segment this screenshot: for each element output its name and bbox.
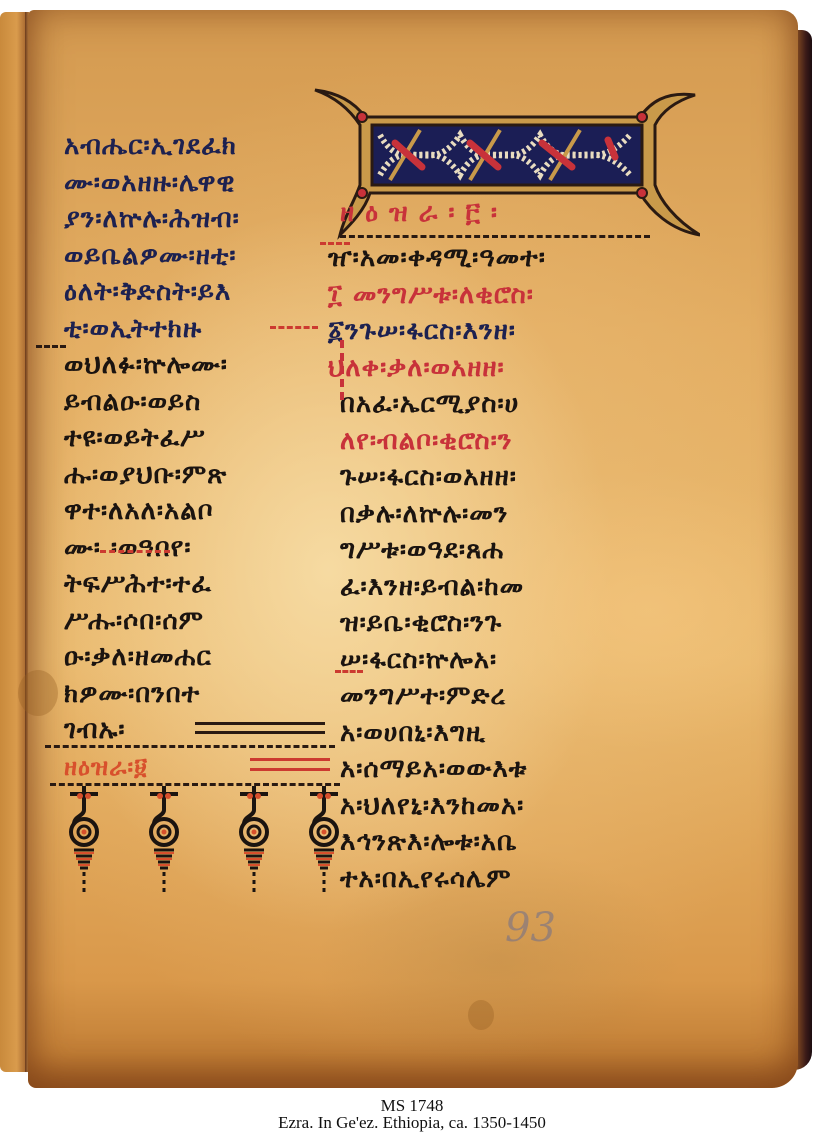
text-line: ዕለት፡ቅድስት፡ይእ <box>64 274 344 311</box>
chapter-rubric-title: ዘዕዝራ፡፫፡ <box>340 195 508 232</box>
separator-line <box>45 745 335 748</box>
text-line: አ፡ሰማይአ፡ወውእቱ <box>328 751 658 788</box>
separator-line <box>100 550 170 553</box>
text-line: በአፈ፡ኤርሚያስ፡ሀ <box>328 386 658 423</box>
text-line: በቃሉ፡ለኵሉ፡መን <box>328 496 658 533</box>
text-line: ለየ፡ብልቦ፡ቂሮስ፡ን <box>328 423 658 460</box>
marginal-cross-ornament-icon <box>60 782 340 897</box>
previous-page-edge <box>0 12 28 1072</box>
text-line: መንግሥተ፡ምድረ <box>328 678 658 715</box>
water-stain <box>18 670 58 716</box>
text-line: ፩ንጉሠ፡ፋርስ፡እንዘ፡ <box>328 313 658 350</box>
text-line: ሥሑ፡ሶበ፡ሰም <box>64 603 344 640</box>
text-line: ጉሠ፡ፋርስ፡ወአዘዘ፡ <box>328 459 658 496</box>
marginal-rule <box>340 340 344 400</box>
right-text-column: ዠ፡አመ፡ቀዳሚ፡ዓመተ፡ ፲ መንግሥቱ፡ለቂሮስ፡ ፩ንጉሠ፡ፋርስ፡እንዘ… <box>328 240 658 897</box>
text-line: ዋተ፡ለአለ፡አልቦ <box>64 493 344 530</box>
text-line: ትፍሥሕተ፡ተፈ <box>64 566 344 603</box>
text-line: ሑ፡ወያህቡ፡ምጽ <box>64 457 344 494</box>
caption: MS 1748 Ezra. In Ge'ez. Ethiopia, ca. 13… <box>0 1097 824 1131</box>
text-line: ተዩ፡ወይትፈሥ <box>64 420 344 457</box>
separator-line <box>250 758 330 761</box>
separator-line <box>340 235 650 238</box>
text-line: እኅንጽእ፡ሎቱ፡አቤ <box>328 824 658 861</box>
text-line: ወይቤልዎሙ፡ዘቲ፡ <box>64 238 344 275</box>
separator-line <box>335 670 363 673</box>
text-line: ዝ፡ይቤ፡ቂሮስ፡ንጉ <box>328 605 658 642</box>
text-line: ሠ፡ፋርስ፡ኵሎአ፡ <box>328 642 658 679</box>
text-line: ሙ፡ወአዘዙ፡ሌዋዊ <box>64 165 344 202</box>
text-line: ሙ፡ ፡ወዓበየ፡ <box>64 530 344 567</box>
rubric-heading: ዘዕዝራ፡፱ <box>64 749 344 786</box>
folio-number: 93 <box>505 905 556 951</box>
separator-line <box>270 326 318 329</box>
caption-description: Ezra. In Ge'ez. Ethiopia, ca. 1350-1450 <box>0 1114 824 1131</box>
left-text-column: አብሔር፡ኢገደፈክ ሙ፡ወአዘዙ፡ሌዋዊ ያን፡ለኵሉ፡ሕዝብ፡ ወይቤልዎሙ… <box>64 128 344 785</box>
text-line: ግሥቱ፡ወዓደ፡ጸሐ <box>328 532 658 569</box>
text-line: አ፡ህለየኒ፡እንከመአ፡ <box>328 788 658 825</box>
separator-line <box>195 731 325 734</box>
text-line: አብሔር፡ኢገደፈክ <box>64 128 344 165</box>
text-line: ፲ መንግሥቱ፡ለቂሮስ፡ <box>328 277 658 314</box>
text-line: ወህለፉ፡ኵሎሙ፡ <box>64 347 344 384</box>
shelfmark: MS 1748 <box>0 1097 824 1114</box>
separator-line <box>36 345 66 348</box>
text-line: ህለቀ፡ቃለ፡ወአዘዘ፡ <box>328 350 658 387</box>
text-line: ይብልዑ፡ወይስ <box>64 384 344 421</box>
text-line: አ፡ወሀበኒ፡እግዚ <box>328 715 658 752</box>
text-line: ዑ፡ቃለ፡ዘመሐር <box>64 639 344 676</box>
text-line: ያን፡ለኵሉ፡ሕዝብ፡ <box>64 201 344 238</box>
text-line: ተአ፡በኢየሩሳሌም <box>328 861 658 898</box>
separator-line <box>195 722 325 725</box>
text-line: ዠ፡አመ፡ቀዳሚ፡ዓመተ፡ <box>328 240 658 277</box>
separator-line <box>250 768 330 771</box>
text-line: ፈ፡እንዘ፡ይብል፡ከመ <box>328 569 658 606</box>
text-line: ክዎሙ፡በንበተ <box>64 676 344 713</box>
manuscript-photograph: አብሔር፡ኢገደፈክ ሙ፡ወአዘዙ፡ሌዋዊ ያን፡ለኵሉ፡ሕዝብ፡ ወይቤልዎሙ… <box>0 0 824 1095</box>
water-stain <box>468 1000 494 1030</box>
